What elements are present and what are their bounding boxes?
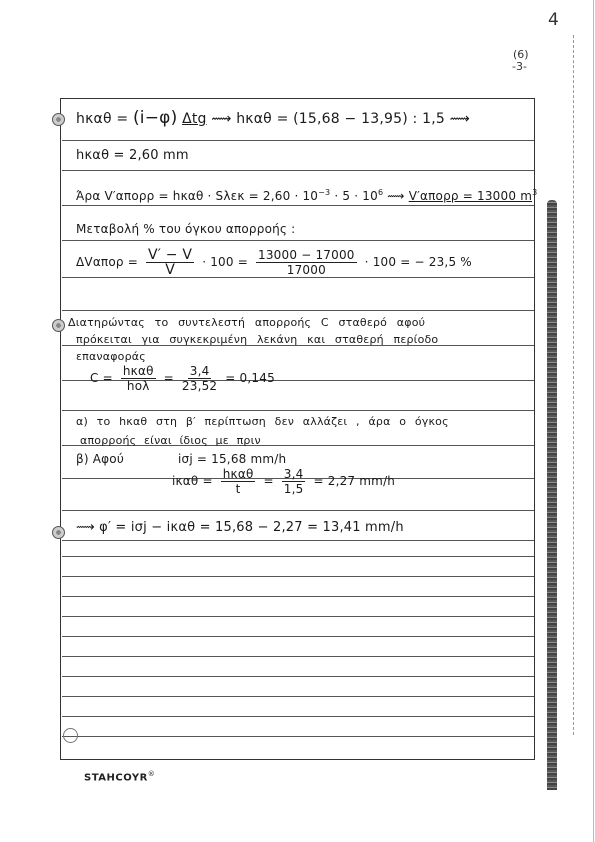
margin-hole-icon	[52, 526, 65, 539]
ruled-line	[62, 676, 534, 677]
equation-line-13: iκαθ = hκαθ t = 3,4 1,5 = 2,27 mm/h	[172, 467, 395, 496]
equation-term: ΔVαπορ =	[76, 255, 142, 269]
equation-term: Δtg	[182, 111, 207, 127]
result-text: V′απορρ = 13000 m	[409, 189, 532, 203]
sub-label-bottom: -3-	[512, 60, 527, 73]
page-edge-line	[593, 0, 594, 842]
fraction-numerator: 3,4	[188, 364, 212, 379]
arrow: ⟿	[383, 189, 408, 203]
fraction: 3,4 23,52	[182, 364, 217, 393]
heading-text: Μεταβολή % του όγκου απορροής :	[76, 222, 295, 236]
margin-hole-icon	[52, 113, 65, 126]
equation-line-5: ΔVαπορ = V′ − V V · 100 = 13000 − 17000 …	[76, 248, 472, 277]
fraction: hκαθ t	[221, 467, 256, 496]
equation-line-14: ⟿ φ′ = iσj − iκαθ = 15,68 − 2,27 = 13,41…	[76, 520, 404, 535]
page-number: 4	[548, 10, 559, 30]
exponent: −3	[318, 188, 330, 197]
result-text: · 100 = − 23,5 %	[365, 255, 472, 269]
fraction-numerator: 3,4	[282, 467, 306, 482]
equation-term: ⟿ hκαθ = (15,68 − 13,95) : 1,5 ⟿	[211, 111, 470, 127]
equation-line-12: β) Αφού iσj = 15,68 mm/h	[76, 452, 286, 466]
paragraph-text: Διατηρώντας το συντελεστή απορροής C στα…	[68, 316, 425, 329]
equation-line-4: Μεταβολή % του όγκου απορροής :	[76, 222, 295, 236]
equation-line-2: hκαθ = 2,60 mm	[76, 148, 189, 163]
equation-term: =	[264, 474, 278, 488]
paper-brand-label: STAHCOYR®	[84, 770, 155, 783]
equation-term: hκαθ =	[76, 111, 133, 127]
ruled-line	[62, 716, 534, 717]
ruled-line	[62, 616, 534, 617]
equation-line-3: Άρα V′απορρ = hκαθ · Sλεκ = 2,60 · 10−3 …	[76, 188, 537, 203]
fraction-numerator: V′ − V	[146, 248, 194, 263]
equation-term: =	[164, 371, 178, 385]
paragraph-text: επαναφοράς	[76, 350, 146, 363]
result-text: ⟿ φ′ = iσj − iκαθ = 15,68 − 2,27 = 13,41…	[76, 520, 404, 535]
fraction-numerator: 13000 − 17000	[256, 248, 357, 263]
equation-term: β) Αφού	[76, 452, 124, 466]
exponent: 3	[532, 188, 537, 197]
page-edge-line	[573, 35, 574, 735]
ruled-line	[62, 696, 534, 697]
ruled-line	[62, 140, 534, 141]
ruled-line	[62, 510, 534, 511]
ruled-line	[62, 540, 534, 541]
ruled-line	[62, 205, 534, 206]
registered-mark: ®	[148, 770, 156, 778]
ruled-line	[62, 736, 534, 737]
binding-strip	[547, 200, 557, 790]
fraction: 13000 − 17000 17000	[256, 248, 357, 277]
equation-term: iσj = 15,68 mm/h	[178, 452, 286, 466]
equation-term: (i−φ)	[133, 108, 177, 128]
text-line-10: α) το hκαθ στη β′ περίπτωση δεν αλλάζει …	[76, 415, 449, 428]
equation-term: iκαθ =	[172, 474, 217, 488]
ruled-line	[62, 576, 534, 577]
ruled-line	[62, 240, 534, 241]
margin-hole-icon	[52, 319, 65, 332]
fraction-denominator: 23,52	[182, 379, 217, 393]
text-line-7: πρόκειται για συγκεκριμένη λεκάνη και στ…	[76, 333, 438, 346]
equation-term: C =	[90, 371, 117, 385]
brand-text: STAHCOYR	[84, 772, 148, 783]
equation-line-9: C = hκαθ hολ = 3,4 23,52 = 0,145	[90, 364, 275, 393]
fraction: 3,4 1,5	[282, 467, 306, 496]
ruled-line	[62, 277, 534, 278]
ruled-line	[62, 656, 534, 657]
ruled-line	[62, 170, 534, 171]
fraction-denominator: hολ	[127, 379, 150, 393]
fraction-numerator: hκαθ	[221, 467, 256, 482]
ruled-line	[62, 310, 534, 311]
fraction-denominator: t	[236, 482, 241, 496]
result-text: hκαθ = 2,60 mm	[76, 148, 189, 163]
fraction-denominator: 1,5	[284, 482, 304, 496]
ruled-line	[62, 556, 534, 557]
text-line-8: επαναφοράς	[76, 350, 146, 363]
paragraph-text: α) το hκαθ στη β′ περίπτωση δεν αλλάζει …	[76, 415, 449, 428]
result-text: = 2,27 mm/h	[313, 474, 395, 488]
text-line-11: απορροής είναι ίδιος με πριν	[80, 434, 261, 447]
fraction-denominator: 17000	[287, 263, 326, 277]
ruled-line	[62, 410, 534, 411]
ruled-line	[62, 596, 534, 597]
fraction-denominator: V	[165, 263, 175, 277]
result-text: = 0,145	[225, 371, 275, 385]
margin-hole-icon	[63, 728, 78, 743]
fraction: hκαθ hολ	[121, 364, 156, 393]
equation-term: · 100 =	[202, 255, 252, 269]
equation-line-1: hκαθ = (i−φ) Δtg ⟿ hκαθ = (15,68 − 13,95…	[76, 108, 470, 128]
equation-term: · 5 · 10	[330, 189, 378, 203]
text-line-6: Διατηρώντας το συντελεστή απορροής C στα…	[68, 316, 425, 329]
ruled-line	[62, 636, 534, 637]
paragraph-text: πρόκειται για συγκεκριμένη λεκάνη και στ…	[76, 333, 438, 346]
fraction: V′ − V V	[146, 248, 194, 277]
fraction-numerator: hκαθ	[121, 364, 156, 379]
paragraph-text: απορροής είναι ίδιος με πριν	[80, 434, 261, 447]
equation-term: Άρα V′απορρ = hκαθ · Sλεκ = 2,60 · 10	[76, 189, 318, 203]
